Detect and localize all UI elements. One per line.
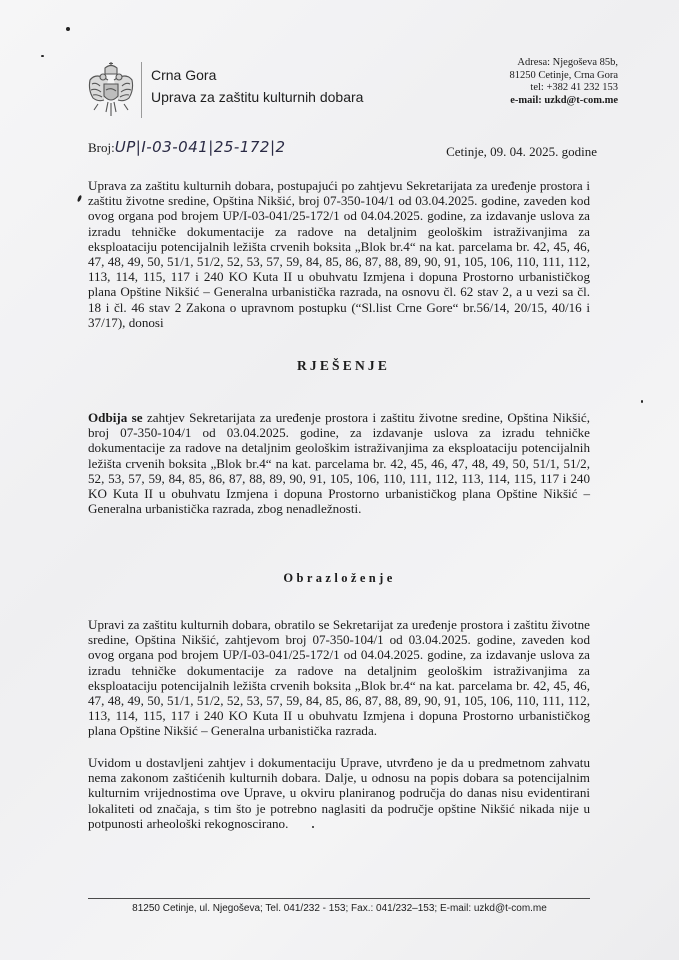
address-line-2: 81250 Cetinje, Crna Gora: [510, 70, 618, 83]
organization-name: Uprava za zaštitu kulturnih dobara: [151, 86, 363, 108]
reasoning-heading: Obrazloženje: [0, 571, 679, 586]
decision-bold-lead: Odbija se: [88, 410, 143, 425]
reasoning-paragraph-2: Uvidom u dostavljeni zahtjev i dokumenta…: [88, 755, 590, 831]
intro-paragraph: Uprava za zaštitu kulturnih dobara, post…: [88, 178, 590, 330]
reasoning-paragraph-1: Upravi za zaštitu kulturnih dobara, obra…: [88, 617, 590, 739]
reference-number: Broj: UP|I-03-041|25-172|2: [88, 138, 286, 156]
scan-speck: [41, 55, 44, 57]
scan-speck: [641, 400, 643, 403]
scan-speck: [66, 27, 70, 31]
document-date: Cetinje, 09. 04. 2025. godine: [446, 144, 597, 160]
address-line-1: Adresa: Njegoševa 85b,: [510, 57, 618, 70]
decision-paragraph: Odbija se zahtjev Sekretarijata za uređe…: [88, 410, 590, 516]
decision-text: zahtjev Sekretarijata za uređenje prosto…: [88, 410, 590, 516]
organization-block: Crna Gora Uprava za zaštitu kulturnih do…: [151, 64, 363, 108]
decision-heading: RJEŠENJE: [0, 358, 679, 374]
address-phone: tel: +382 41 232 153: [510, 82, 618, 95]
address-block: Adresa: Njegoševa 85b, 81250 Cetinje, Cr…: [510, 57, 618, 107]
document-page: Crna Gora Uprava za zaštitu kulturnih do…: [0, 0, 679, 960]
header-divider: [141, 62, 142, 118]
reference-label: Broj:: [88, 140, 115, 156]
country-name: Crna Gora: [151, 64, 363, 86]
coat-of-arms-icon: [86, 60, 136, 122]
reference-handwritten-number: UP|I-03-041|25-172|2: [115, 138, 286, 156]
scan-speck: [77, 195, 83, 203]
footer-divider: [88, 898, 590, 899]
address-email: e-mail: uzkd@t-com.me: [510, 95, 618, 108]
footer-contact: 81250 Cetinje, ul. Njegoševa; Tel. 041/2…: [0, 903, 679, 914]
